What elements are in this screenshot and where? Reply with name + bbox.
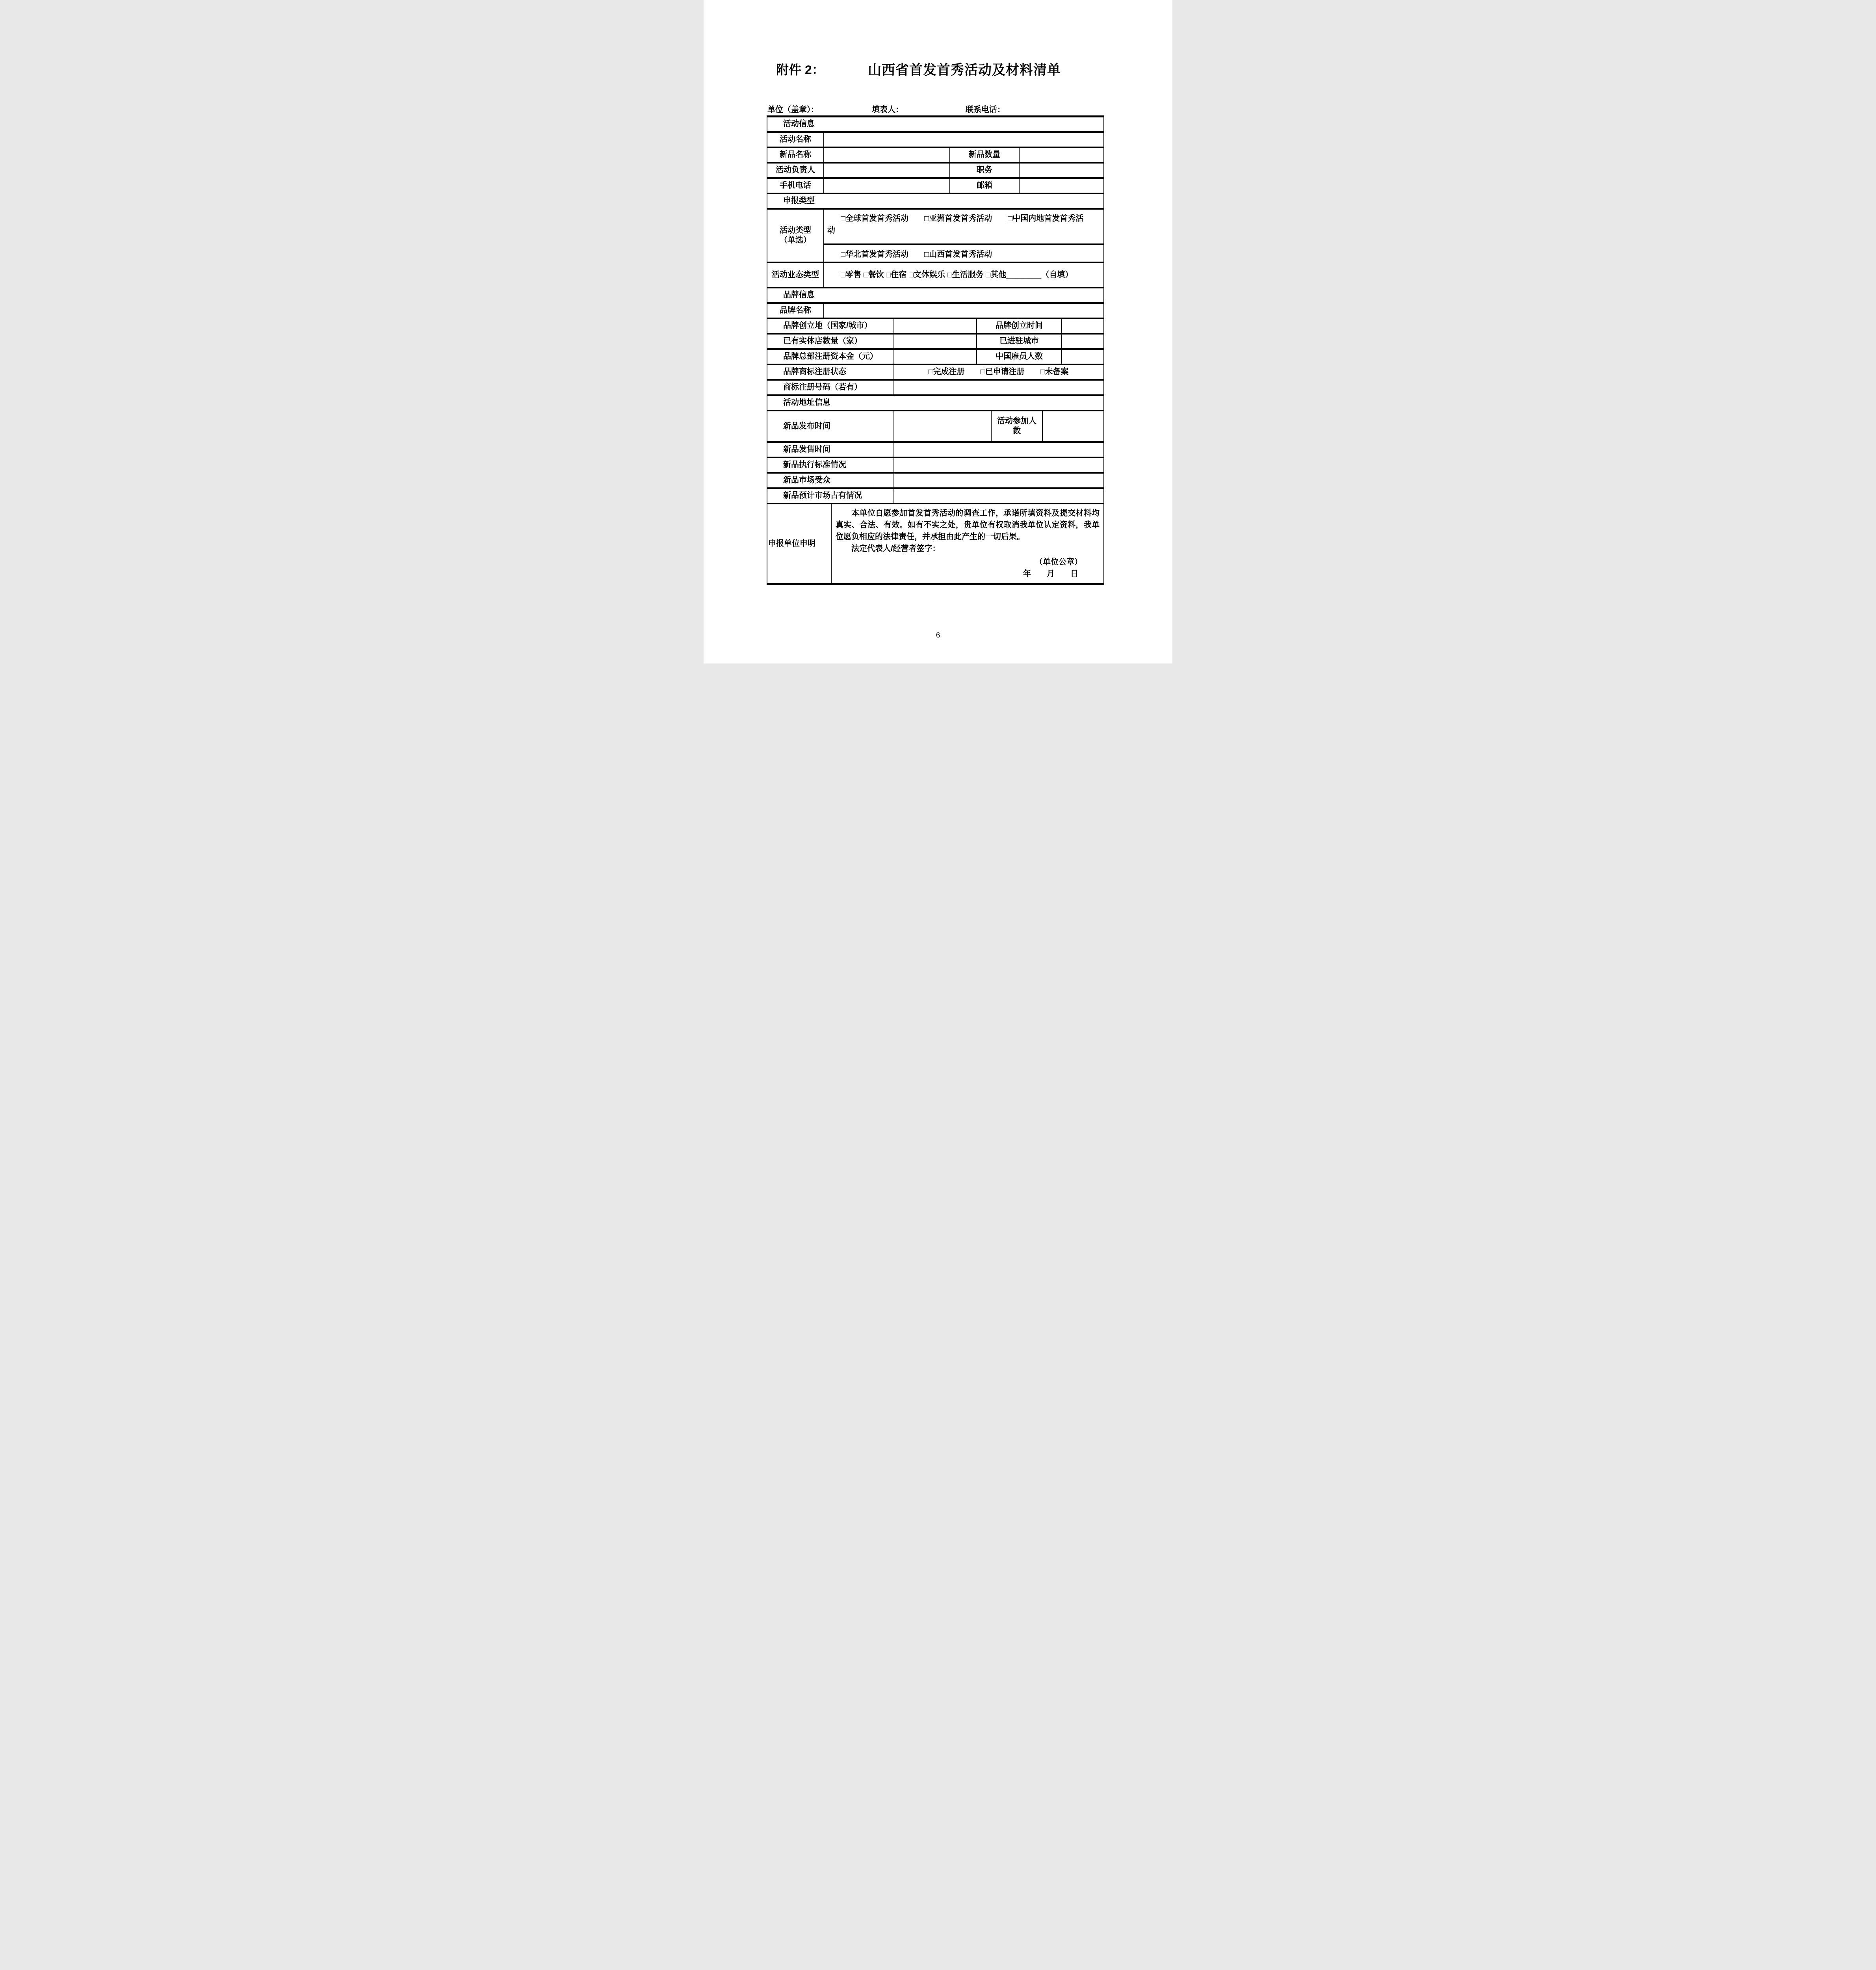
row-product-name: 新品名称 新品数量 (767, 147, 1103, 162)
email-label: 邮箱 (949, 179, 1019, 193)
sale-time-label: 新品发售时间 (767, 443, 893, 457)
product-qty-label: 新品数量 (949, 148, 1019, 162)
participants-label: 活动参加人数 (991, 411, 1042, 441)
row-declaration: 申报单位申明 本单位自愿参加首发首秀活动的调查工作，承诺所填资料及提交材料均真实… (767, 503, 1103, 583)
brand-name-label: 品牌名称 (767, 304, 823, 318)
registered-capital-label: 品牌总部注册资本金（元） (767, 350, 893, 364)
row-business-type: 活动业态类型 □零售 □餐饮 □住宿 □文体娱乐 □生活服务 □其他______… (767, 262, 1103, 287)
declaration-seal-line: （单位公章） (836, 556, 1082, 568)
trademark-status-options[interactable]: □完成注册 □已申请注册 □未备案 (893, 365, 1103, 379)
row-standard: 新品执行标准情况 (767, 457, 1103, 472)
section-row-address-info: 活动地址信息 (767, 394, 1103, 410)
participants-input[interactable] (1042, 411, 1103, 441)
row-release-time: 新品发布时间 活动参加人数 (767, 410, 1103, 441)
business-type-options[interactable]: □零售 □餐饮 □住宿 □文体娱乐 □生活服务 □其他________（自填） (823, 263, 1103, 287)
activity-name-input[interactable] (823, 133, 1103, 147)
market-share-label: 新品预计市场占有情况 (767, 489, 893, 503)
activity-leader-label: 活动负责人 (767, 164, 823, 177)
declaration-body: 本单位自愿参加首发首秀活动的调查工作，承诺所填资料及提交材料均真实、合法、有效。… (831, 504, 1103, 583)
cities-input[interactable] (1061, 335, 1103, 348)
form-filler-label: 填表人： (872, 103, 903, 115)
release-time-input[interactable] (893, 411, 991, 441)
product-qty-input[interactable] (1019, 148, 1103, 162)
activity-type-options-row1-line: □全球首发首秀活动 □亚洲首发首秀活动 □中国内地首发首秀活 (827, 213, 1100, 225)
page-number: 6 (704, 631, 1172, 640)
declaration-date-line[interactable]: 年 月 日 (836, 568, 1078, 580)
position-input[interactable] (1019, 164, 1103, 177)
row-activity-leader: 活动负责人 职务 (767, 162, 1103, 177)
declaration-signature-line[interactable]: 法定代表人/经营者签字： (836, 543, 1100, 555)
brand-name-input[interactable] (823, 304, 1103, 318)
trademark-status-label: 品牌商标注册状态 (767, 365, 893, 379)
product-name-label: 新品名称 (767, 148, 823, 162)
store-count-label: 已有实体店数量（家） (767, 335, 893, 348)
declaration-text: 本单位自愿参加首发首秀活动的调查工作，承诺所填资料及提交材料均真实、合法、有效。… (836, 507, 1100, 543)
activity-type-label: 活动类型 （单选） (767, 210, 823, 262)
audience-label: 新品市场受众 (767, 474, 893, 487)
employees-label: 中国雇员人数 (976, 350, 1061, 364)
row-activity-type: 活动类型 （单选） □全球首发首秀活动 □亚洲首发首秀活动 □中国内地首发首秀活… (767, 208, 1103, 262)
activity-type-options-row2[interactable]: □华北首发首秀活动 □山西首发首秀活动 (824, 243, 1103, 262)
standard-input[interactable] (893, 458, 1103, 472)
product-name-input[interactable] (823, 148, 949, 162)
employees-input[interactable] (1061, 350, 1103, 364)
unit-seal-label: 单位（盖章）： (767, 103, 819, 115)
row-registered-capital: 品牌总部注册资本金（元） 中国雇员人数 (767, 348, 1103, 364)
section-brand-info-label: 品牌信息 (767, 288, 1103, 302)
row-mobile-phone: 手机电话 邮箱 (767, 177, 1103, 193)
document-page: 附件 2： 山西省首发首秀活动及材料清单 单位（盖章）： 填表人： 联系电话： … (704, 0, 1172, 663)
trademark-number-input[interactable] (893, 381, 1103, 394)
row-trademark-number: 商标注册号码（若有） (767, 379, 1103, 394)
brand-origin-label: 品牌创立地（国家/城市） (767, 319, 893, 333)
section-row-brand-info: 品牌信息 (767, 287, 1103, 302)
row-declare-type: 申报类型 (767, 193, 1103, 208)
section-address-info-label: 活动地址信息 (767, 396, 1103, 410)
attachment-number-label: 附件 2： (776, 60, 825, 78)
business-type-label: 活动业态类型 (767, 263, 823, 287)
standard-label: 新品执行标准情况 (767, 458, 893, 472)
market-share-input[interactable] (893, 489, 1103, 503)
declaration-label: 申报单位申明 (767, 504, 831, 583)
activity-leader-input[interactable] (823, 164, 949, 177)
row-activity-name: 活动名称 (767, 131, 1103, 147)
row-brand-origin: 品牌创立地（国家/城市） 品牌创立时间 (767, 318, 1103, 333)
brand-origin-input[interactable] (893, 319, 976, 333)
application-form-table: 活动信息 活动名称 新品名称 新品数量 活动负责人 职务 手机电话 邮箱 (767, 115, 1104, 585)
row-market-share: 新品预计市场占有情况 (767, 487, 1103, 503)
row-sale-time: 新品发售时间 (767, 441, 1103, 457)
activity-type-label-line1: 活动类型 (780, 226, 811, 236)
sale-time-input[interactable] (893, 443, 1103, 457)
trademark-number-label: 商标注册号码（若有） (767, 381, 893, 394)
activity-type-options-row1[interactable]: □全球首发首秀活动 □亚洲首发首秀活动 □中国内地首发首秀活 动 (824, 210, 1103, 243)
mobile-phone-label: 手机电话 (767, 179, 823, 193)
page-title: 山西省首发首秀活动及材料清单 (868, 59, 1061, 78)
activity-type-label-line2: （单选） (780, 236, 811, 245)
audience-input[interactable] (893, 474, 1103, 487)
row-trademark-status: 品牌商标注册状态 □完成注册 □已申请注册 □未备案 (767, 364, 1103, 379)
registered-capital-input[interactable] (893, 350, 976, 364)
store-count-input[interactable] (893, 335, 976, 348)
declare-type-label: 申报类型 (767, 194, 1103, 208)
release-time-label: 新品发布时间 (767, 411, 893, 441)
section-row-activity-info: 活动信息 (767, 117, 1103, 131)
contact-phone-label: 联系电话： (966, 103, 1005, 115)
row-brand-name: 品牌名称 (767, 302, 1103, 318)
mobile-phone-input[interactable] (823, 179, 949, 193)
activity-type-options-row1-wrap: 动 (827, 225, 1100, 236)
section-activity-info-label: 活动信息 (767, 117, 1103, 131)
activity-name-label: 活动名称 (767, 133, 823, 147)
activity-type-options-column: □全球首发首秀活动 □亚洲首发首秀活动 □中国内地首发首秀活 动 □华北首发首秀… (823, 210, 1103, 262)
row-audience: 新品市场受众 (767, 472, 1103, 487)
brand-founded-label: 品牌创立时间 (976, 319, 1061, 333)
row-store-count: 已有实体店数量（家） 已进驻城市 (767, 333, 1103, 348)
brand-founded-input[interactable] (1061, 319, 1103, 333)
cities-label: 已进驻城市 (976, 335, 1061, 348)
position-label: 职务 (949, 164, 1019, 177)
email-input[interactable] (1019, 179, 1103, 193)
